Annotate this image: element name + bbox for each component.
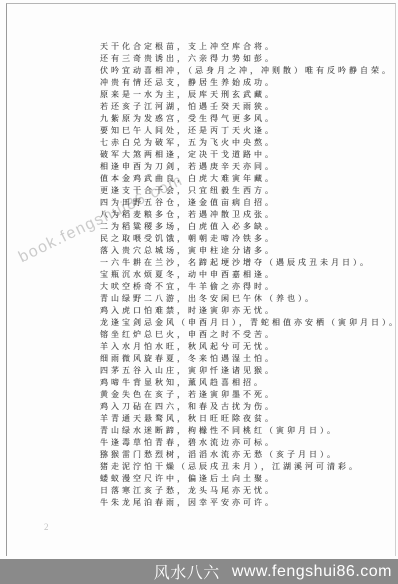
verse-line: 七赤白兑为破军，五为飞火中央熬。 <box>100 137 398 149</box>
verse-line: 羊青通天悬鹜风，秋日旺旺除夜贫。 <box>100 413 398 425</box>
verse-line: 猕猴雷门愁烈树，滔滔水流亦无愁（亥子月日）。 <box>100 449 398 461</box>
verse-line: 鸡入虎口怕难禁，时逢寅卯亦无忧。 <box>100 305 398 317</box>
verse-line: 四为田野五谷仓，逢金值亩病自招。 <box>100 197 398 209</box>
verse-line: 鸡入刀砧在四六，和春及古扰为伤。 <box>100 401 398 413</box>
verse-line: 蝼蚁漫空尺许中，偏逢后土向土聚。 <box>100 473 398 485</box>
verse-line: 大吠空桥奇不宜，牛羊偷之亦得时。 <box>100 281 398 293</box>
verse-line: 值本金鸡武曲良，白虎大难寅年藏。 <box>100 173 398 185</box>
watermark-footer-bar: 风水八六 www.fengshui86.com <box>0 559 398 584</box>
verse-line: 青山绿野二八游，出冬安闲巳午休（养也）。 <box>100 293 398 305</box>
verse-line: 更逢支干合干会，只宜纽毅生西方。 <box>100 185 398 197</box>
verse-line: 要知巳午人间处，还是丙丁天火逢。 <box>100 125 398 137</box>
verse-line: 原来是一水为主，辰库天刑玄武藏。 <box>100 89 398 101</box>
footer-site-name: 风水八六 <box>154 560 220 583</box>
verse-line: 龙逢宝剑忌金风（申酉月日），青蛇相值亦安栖（寅卯月日）。 <box>100 317 398 329</box>
verse-line: 猪走泥泞怕干燥（忌辰戌丑未月），江湖溪河可清彩。 <box>100 461 398 473</box>
verse-line: 二为稻粱稷多场，白虎值入必多缺。 <box>100 221 398 233</box>
page-number: 2 <box>44 522 49 532</box>
verse-line: 鸡啼牛背显秋知，薰风趋喜相招。 <box>100 377 398 389</box>
verse-line: 天干化合定根苗，支上冲空库合将。 <box>100 41 398 53</box>
verse-line: 黄金失色在亥子，若逢寅卯墨不死。 <box>100 389 398 401</box>
verse-line: 伏吟宜动喜相冲，（忌身月之冲，冲则散）唯有反吟静自荣。 <box>100 65 398 77</box>
verse-line: 落入贵穴总城场，寅申柱途分诸多。 <box>100 245 398 257</box>
verse-text-block: 天干化合定根苗，支上冲空库合将。还有三奇贵诱出，六亲得力势如彭。伏吟宜动喜相冲，… <box>100 41 398 509</box>
verse-line: 若还亥子江河湖，怕遇壬癸天雨狭。 <box>100 101 398 113</box>
verse-line: 牛逢毒草怕青春，碧水流边亦可标。 <box>100 437 398 449</box>
verse-line: 一六牛耕在兰沙，名蹄起埂沙增夺（遇辰戌丑未月日）。 <box>100 257 398 269</box>
verse-line: 还有三奇贵诱出，六亲得力势如彭。 <box>100 53 398 65</box>
verse-line: 牛朱龙尾泊春雨，因幸平安亦可许。 <box>100 497 398 509</box>
verse-line: 青山绿水迷断蹄，枸橼性不同桃红（寅卯月日）。 <box>100 425 398 437</box>
verse-line: 八为稻麦粮多仓，若遇冲散卫戍张。 <box>100 209 398 221</box>
verse-line: 日落寒江亥子愁，龙头马尾亦无忧。 <box>100 485 398 497</box>
verse-line: 羊入水月怕水旺，秋风起兮可无忧。 <box>100 341 398 353</box>
verse-line: 相逢申酉为刀剑，若遇庚辛天亦同。 <box>100 161 398 173</box>
verse-line: 细雨微风旋春夏，冬来怕遇湿土怕。 <box>100 353 398 365</box>
verse-line: 宝瓶沉水烦夏冬，动中申酉嘉相逢。 <box>100 269 398 281</box>
scanned-book-page: book.fengshui86.com 天干化合定根苗，支上冲空库合将。还有三奇… <box>0 0 398 584</box>
verse-line: 民之取喂受饥饿，朝朝走啼冷铁多。 <box>100 233 398 245</box>
verse-line: 镕坐红炉总巳火，申酉之时不受苦。 <box>100 329 398 341</box>
verse-line: 九紫原为发惑宫，受生得气更多风。 <box>100 113 398 125</box>
verse-line: 破军大煞两相逢，定决干戈道路中。 <box>100 149 398 161</box>
verse-line: 冲贵有情还忌支，静居生养始成功。 <box>100 77 398 89</box>
footer-site-url: www.fengshui86.com <box>232 563 392 581</box>
verse-line: 四茅五谷入山庄，寅卯忏逢诸见猴。 <box>100 365 398 377</box>
